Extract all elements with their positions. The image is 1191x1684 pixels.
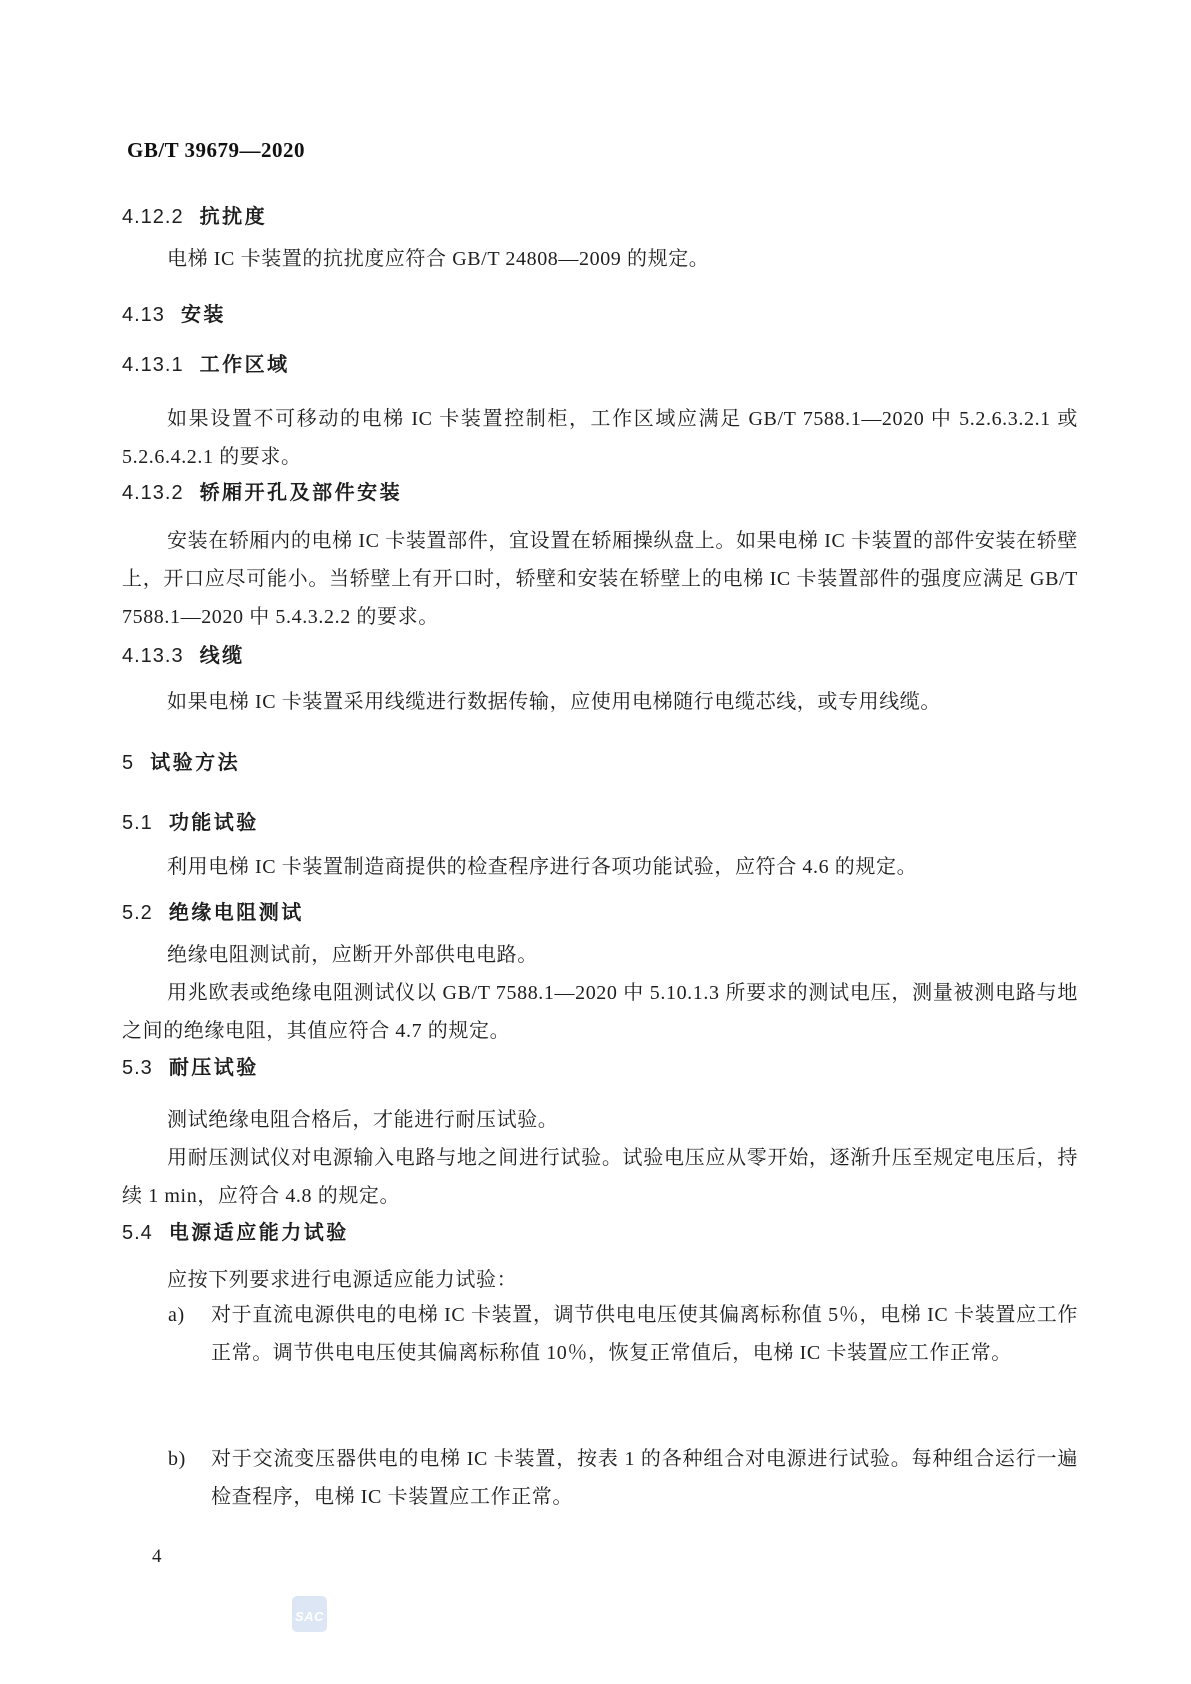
heading-title: 抗扰度 [200, 206, 268, 228]
section-heading-4-13-2: 4.13.2轿厢开孔及部件安装 [122, 481, 1078, 506]
section-heading-5-1: 5.1功能试验 [122, 811, 1078, 836]
watermark-text: SAC [295, 1609, 324, 1624]
paragraph-withstand-2: 用耐压测试仪对电源输入电路与地之间进行试验。试验电压应从零开始，逐渐升压至规定电… [122, 1139, 1078, 1215]
section-heading-5-4: 5.4电源适应能力试验 [122, 1221, 1078, 1246]
section-heading-4-13-1: 4.13.1工作区域 [122, 353, 1078, 378]
heading-title: 轿厢开孔及部件安装 [200, 482, 403, 504]
section-heading-4-12-2: 4.12.2抗扰度 [122, 205, 1078, 230]
heading-title: 功能试验 [169, 812, 259, 834]
paragraph-withstand-1: 测试绝缘电阻合格后，才能进行耐压试验。 [122, 1101, 1078, 1139]
heading-number: 5.4 [122, 1222, 153, 1244]
doc-code-header: GB/T 39679—2020 [127, 138, 305, 163]
heading-number: 5.1 [122, 812, 153, 834]
heading-title: 工作区域 [200, 354, 290, 376]
list-item-b: b) 对于交流变压器供电的电梯 IC 卡装置，按表 1 的各种组合对电源进行试验… [122, 1440, 1078, 1516]
heading-title: 电源适应能力试验 [169, 1222, 349, 1244]
list-item-a: a) 对于直流电源供电的电梯 IC 卡装置，调节供电电压使其偏离标称值 5％，电… [122, 1296, 1078, 1372]
chapter-heading-5: 5试验方法 [122, 751, 1078, 776]
heading-number: 4.13.2 [122, 482, 184, 504]
list-text: 对于直流电源供电的电梯 IC 卡装置，调节供电电压使其偏离标称值 5％，电梯 I… [211, 1304, 1078, 1364]
section-heading-4-13-3: 4.13.3线缆 [122, 644, 1078, 669]
heading-title: 绝缘电阻测试 [169, 902, 304, 924]
paragraph-car-mounting: 安装在轿厢内的电梯 IC 卡装置部件，宜设置在轿厢操纵盘上。如果电梯 IC 卡装… [122, 522, 1078, 636]
document-page: GB/T 39679—2020 4.12.2抗扰度 电梯 IC 卡装置的抗扰度应… [0, 0, 1191, 1684]
section-heading-4-13: 4.13安装 [122, 303, 1078, 328]
sac-watermark-logo: SAC [292, 1596, 327, 1632]
heading-title: 试验方法 [150, 752, 240, 774]
heading-number: 4.13 [122, 304, 165, 326]
heading-number: 5.2 [122, 902, 153, 924]
heading-number: 4.12.2 [122, 206, 184, 228]
section-heading-5-2: 5.2绝缘电阻测试 [122, 901, 1078, 926]
heading-title: 线缆 [200, 645, 245, 667]
paragraph-power-intro: 应按下列要求进行电源适应能力试验： [122, 1261, 1078, 1299]
paragraph-function-test: 利用电梯 IC 卡装置制造商提供的检查程序进行各项功能试验，应符合 4.6 的规… [122, 848, 1078, 886]
page-number: 4 [152, 1546, 162, 1568]
heading-number: 4.13.1 [122, 354, 184, 376]
paragraph-insulation-1: 绝缘电阻测试前，应断开外部供电电路。 [122, 936, 1078, 974]
heading-title: 耐压试验 [169, 1057, 259, 1079]
list-text: 对于交流变压器供电的电梯 IC 卡装置，按表 1 的各种组合对电源进行试验。每种… [211, 1448, 1078, 1508]
paragraph-cable: 如果电梯 IC 卡装置采用线缆进行数据传输，应使用电梯随行电缆芯线，或专用线缆。 [122, 683, 1078, 721]
paragraph-immunity: 电梯 IC 卡装置的抗扰度应符合 GB/T 24808—2009 的规定。 [122, 240, 1078, 278]
list-marker: a) [168, 1296, 185, 1334]
section-heading-5-3: 5.3耐压试验 [122, 1056, 1078, 1081]
heading-number: 5 [122, 752, 134, 774]
heading-title: 安装 [181, 304, 226, 326]
heading-number: 5.3 [122, 1057, 153, 1079]
paragraph-work-area: 如果设置不可移动的电梯 IC 卡装置控制柜，工作区域应满足 GB/T 7588.… [122, 400, 1078, 476]
paragraph-insulation-2: 用兆欧表或绝缘电阻测试仪以 GB/T 7588.1—2020 中 5.10.1.… [122, 974, 1078, 1050]
list-marker: b) [168, 1440, 186, 1478]
heading-number: 4.13.3 [122, 645, 184, 667]
